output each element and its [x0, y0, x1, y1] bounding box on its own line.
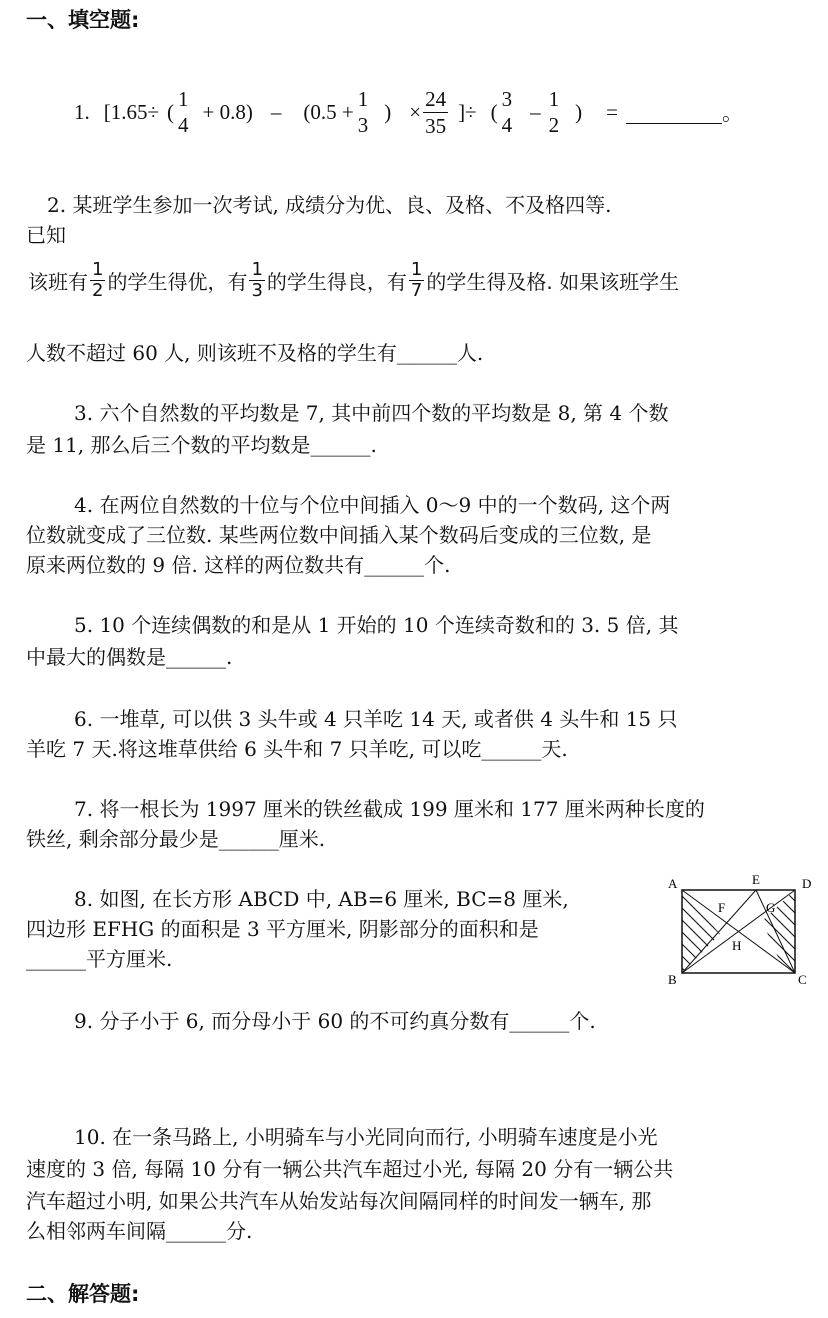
- q9-line-1: 9. 分子小于 6, 而分母小于 60 的不可约真分数有______个.: [74, 1006, 596, 1036]
- fraction-1-2: 12: [90, 260, 105, 301]
- section-heading-answer: 二、解答题:: [26, 1278, 139, 1308]
- section-heading-fill-in: 一、填空题:: [26, 4, 139, 34]
- q1-expr: [1.65÷: [104, 100, 159, 125]
- q1-equals: =: [606, 100, 618, 125]
- label-b: B: [668, 972, 677, 987]
- q10-line-3: 汽车超过小明, 如果公共汽车从始发站每次间隔同样的时间发一辆车, 那: [26, 1186, 651, 1216]
- q4-line-2: 位数就变成了三位数. 某些两位数中间插入某个数码后变成的三位数, 是: [26, 520, 651, 550]
- answer-blank: [626, 101, 722, 124]
- q1-times: ×: [409, 100, 421, 125]
- fraction-1-3: 13: [249, 260, 264, 301]
- q1-expr: + 0.8): [203, 100, 253, 125]
- q1-paren: (: [491, 100, 498, 125]
- q8-line-3: ______平方厘米.: [26, 944, 172, 974]
- label-h: H: [732, 938, 741, 953]
- q1-minus: –: [530, 100, 541, 125]
- q2-line-4: 人数不超过 60 人, 则该班不及格的学生有______人.: [26, 338, 483, 368]
- q1-paren: ): [384, 100, 391, 125]
- q2-line-2: 已知: [26, 220, 66, 250]
- label-f: F: [718, 900, 725, 915]
- q1-expr: (0.5 +: [303, 100, 353, 125]
- fraction-1-3: 13: [356, 86, 371, 138]
- q1-expr: ]÷: [458, 100, 477, 125]
- q3-line-2: 是 11, 那么后三个数的平均数是______.: [26, 430, 377, 460]
- q1-number: 1.: [74, 100, 90, 125]
- q1-paren: (: [167, 100, 174, 125]
- label-c: C: [798, 972, 807, 987]
- label-g: G: [766, 900, 775, 915]
- label-e: E: [752, 872, 760, 887]
- q4-line-3: 原来两位数的 9 倍. 这样的两位数共有______个.: [26, 550, 451, 580]
- q2-text: 的学生得良，有: [267, 266, 407, 295]
- question-1: 1. [1.65÷ ( 14 + 0.8) – (0.5 + 13 ) × 24…: [74, 80, 743, 144]
- q7-line-2: 铁丝, 剩余部分最少是______厘米.: [26, 824, 325, 854]
- q10-line-2: 速度的 3 倍, 每隔 10 分有一辆公共汽车超过小光, 每隔 20 分有一辆公…: [26, 1154, 673, 1184]
- q6-line-2: 羊吃 7 天.将这堆草供给 6 头牛和 7 只羊吃, 可以吃______天.: [26, 734, 568, 764]
- q5-line-2: 中最大的偶数是______.: [26, 642, 232, 672]
- q2-text: 该班有: [28, 266, 88, 295]
- q6-line-1: 6. 一堆草, 可以供 3 头牛或 4 只羊吃 14 天, 或者供 4 头牛和 …: [74, 704, 678, 734]
- q8-line-1: 8. 如图, 在长方形 ABCD 中, AB=6 厘米, BC=8 厘米,: [74, 884, 569, 914]
- fraction-1-4: 14: [176, 86, 191, 138]
- q7-line-1: 7. 将一根长为 1997 厘米的铁丝截成 199 厘米和 177 厘米两种长度…: [74, 794, 705, 824]
- q2-line-3: 该班有 12 的学生得优，有 13 的学生得良，有 17 的学生得及格. 如果该…: [28, 250, 679, 310]
- q2-text: 的学生得优，有: [107, 266, 247, 295]
- label-d: D: [802, 876, 811, 891]
- label-a: A: [668, 876, 678, 891]
- q3-line-1: 3. 六个自然数的平均数是 7, 其中前四个数的平均数是 8, 第 4 个数: [74, 398, 668, 428]
- q10-line-1: 10. 在一条马路上, 小明骑车与小光同向而行, 小明骑车速度是小光: [74, 1122, 658, 1152]
- rectangle-abcd-diagram: A E D F G H B C: [660, 870, 820, 990]
- fraction-1-7: 17: [409, 260, 424, 301]
- fraction-1-2: 12: [547, 86, 562, 138]
- q8-line-2: 四边形 EFHG 的面积是 3 平方厘米, 阴影部分的面积和是: [26, 914, 539, 944]
- q10-line-4: 么相邻两车间隔______分.: [26, 1216, 252, 1246]
- q1-paren: ): [575, 100, 582, 125]
- fraction-3-4: 34: [500, 86, 515, 138]
- q5-line-1: 5. 10 个连续偶数的和是从 1 开始的 10 个连续奇数和的 3. 5 倍,…: [74, 610, 678, 640]
- q4-line-1: 4. 在两位自然数的十位与个位中间插入 0～9 中的一个数码, 这个两: [74, 490, 670, 520]
- q1-minus: –: [271, 100, 282, 125]
- q1-end: 。: [722, 97, 743, 127]
- fraction-24-35: 2435: [423, 86, 448, 139]
- q2-line-1: 2. 某班学生参加一次考试, 成绩分为优、良、及格、不及格四等.: [47, 190, 612, 220]
- rectangle-figure: A E D F G H B C: [660, 870, 820, 990]
- q2-text: 的学生得及格. 如果该班学生: [426, 266, 679, 295]
